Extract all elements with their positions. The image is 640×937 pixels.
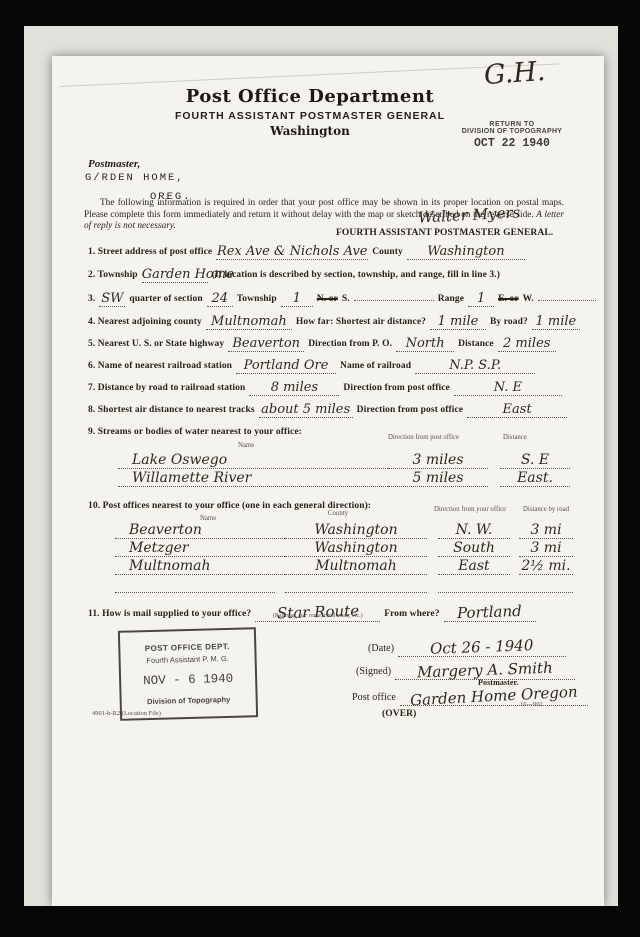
scanned-document: G.H. RETURN TO DIVISION OF TOPOGRAPHY OC…: [0, 0, 640, 937]
q8-label: 8. Shortest air distance to nearest trac…: [88, 405, 255, 415]
q5-label: 5. Nearest U. S. or State highway: [88, 339, 224, 349]
signed-label: (Signed): [356, 666, 391, 677]
q3-blank-s: [354, 300, 434, 301]
q4-label3: By road?: [490, 317, 528, 327]
received-stamp-date: NOV - 6 1940: [143, 672, 233, 688]
water-r2-direction: 5 miles: [388, 464, 488, 487]
q8-blank2: East: [467, 399, 567, 418]
q4-blank2: 1 mile: [430, 311, 486, 330]
field-q6: 6. Name of nearest railroad station Port…: [88, 355, 535, 374]
po-r4-county: [285, 570, 427, 593]
q3-township: 1: [293, 291, 301, 306]
q11-blank: Star Route (Railroad, star route, rural …: [255, 602, 380, 622]
q8-value2: East: [503, 402, 532, 417]
q3-struck-n: N. or: [317, 294, 338, 304]
water-header-distance: Distance: [503, 434, 527, 441]
q3-quarter: SW: [101, 291, 123, 306]
q8-label2: Direction from post office: [357, 405, 463, 415]
po-header-distance: Distance by road: [523, 506, 569, 513]
water-header-direction: Direction from post office: [388, 434, 459, 441]
q2-label: 2. Township: [88, 270, 138, 280]
q1-value: Rex Ave & Nichols Ave: [217, 244, 368, 259]
water-r2-distance: East.: [500, 464, 570, 487]
q3-struck-e: E. or: [498, 294, 519, 304]
q9-label: 9. Streams or bodies of water nearest to…: [88, 427, 302, 437]
return-stamp-date: OCT 22 1940: [448, 137, 576, 150]
q6-label: 6. Name of nearest railroad station: [88, 361, 232, 371]
q2-blank: Garden Home: [142, 264, 208, 283]
department-title: Post Office Department: [110, 86, 510, 107]
q3-section-blank: 24: [207, 288, 233, 307]
field-q11: 11. How is mail supplied to your office?…: [88, 602, 536, 622]
date-value: Oct 26 - 1940: [430, 636, 534, 658]
approver-title: FOURTH ASSISTANT POSTMASTER GENERAL.: [336, 228, 553, 238]
q3-label3: S.: [342, 294, 350, 304]
q11-label2: From where?: [384, 609, 439, 619]
field-q4: 4. Nearest adjoining county Multnomah Ho…: [88, 311, 580, 330]
q5-label2: Direction from P. O.: [308, 339, 392, 349]
q2-value: Garden Home: [142, 267, 234, 282]
addressee-salutation: Postmaster,: [88, 158, 140, 170]
q1-label2: County: [372, 247, 403, 257]
post-office-row: Post office Garden Home Oregon: [352, 686, 588, 706]
received-stamp-line1: POST OFFICE DEPT.: [145, 642, 230, 653]
q1-label: 1. Street address of post office: [88, 247, 212, 257]
field-q1: 1. Street address of post office Rex Ave…: [88, 241, 525, 260]
received-stamp: POST OFFICE DEPT. Fourth Assistant P. M.…: [118, 627, 258, 721]
q11-value2: Portland: [457, 602, 522, 622]
q5-value3: 2 miles: [503, 336, 550, 351]
q7-blank2: N. E: [454, 377, 562, 396]
date-row: (Date) Oct 26 - 1940: [368, 637, 566, 657]
q3-label4: Range: [438, 294, 464, 304]
field-q2: 2. Township Garden Home (If location is …: [88, 264, 500, 283]
q3-label2: Township: [237, 294, 277, 304]
po-header-direction: Direction from your office: [434, 506, 506, 513]
water-r2-direction-value: 5 miles: [412, 470, 463, 486]
q7-value: 8 miles: [271, 380, 318, 395]
q3-township-blank: 1: [281, 288, 313, 307]
field-q7: 7. Distance by road to railroad station …: [88, 377, 562, 396]
print-code: 16—902: [520, 701, 543, 708]
letterhead: Post Office Department FOURTH ASSISTANT …: [110, 86, 510, 138]
received-stamp-line3: Division of Topography: [147, 695, 230, 706]
page-left-edge: [46, 120, 47, 900]
field-q3: 3. SW quarter of section 24 Township 1 N…: [88, 288, 596, 307]
q6-value2: N.P. S.P.: [449, 358, 501, 373]
q3-label1: quarter of section: [129, 294, 202, 304]
date-label: (Date): [368, 643, 394, 654]
q4-value3: 1 mile: [535, 314, 576, 329]
q3-blank-w: [538, 300, 596, 301]
q3-label5: W.: [523, 294, 534, 304]
q6-label2: Name of railroad: [340, 361, 411, 371]
signed-blank: Margery A. Smith: [395, 660, 575, 680]
office-title: FOURTH ASSISTANT POSTMASTER GENERAL: [110, 110, 510, 122]
q8-blank: about 5 miles: [259, 399, 353, 418]
post-office-label: Post office: [352, 692, 396, 703]
q7-label2: Direction from post office: [343, 383, 449, 393]
q3-range: 1: [477, 291, 485, 306]
q8-value: about 5 miles: [261, 402, 350, 417]
post-office-value: Garden Home Oregon: [410, 683, 578, 710]
q7-blank: 8 miles: [249, 377, 339, 396]
field-q8: 8. Shortest air distance to nearest trac…: [88, 399, 567, 418]
q5-value2: North: [406, 336, 445, 351]
q3-range-blank: 1: [468, 288, 494, 307]
q6-blank2: N.P. S.P.: [415, 355, 535, 374]
q4-value: Multnomah: [211, 314, 287, 329]
post-office-blank: Garden Home Oregon: [400, 686, 588, 706]
q4-blank3: 1 mile: [532, 311, 580, 330]
q3-num: 3.: [88, 294, 95, 304]
q1-blank: Rex Ave & Nichols Ave: [216, 241, 368, 260]
q11-label: 11. How is mail supplied to your office?: [88, 609, 251, 619]
q4-value2: 1 mile: [438, 314, 479, 329]
q11-sub: (Railroad, star route, rural route, etc.…: [255, 613, 380, 619]
q2-note: (If location is described by section, to…: [212, 270, 500, 280]
over-label: (OVER): [382, 709, 416, 719]
water-r2-name-value: Willamette River: [132, 470, 251, 486]
q7-label: 7. Distance by road to railroad station: [88, 383, 245, 393]
signed-row: (Signed) Margery A. Smith: [356, 660, 575, 680]
q5-blank3: 2 miles: [498, 333, 556, 352]
water-r2-name: Willamette River: [118, 464, 390, 487]
q11-value: Star Route: [276, 602, 359, 623]
q5-blank2: North: [396, 333, 454, 352]
water-r2-distance-value: East.: [517, 470, 553, 486]
q5-blank: Beaverton: [228, 333, 304, 352]
q6-blank: Portland Ore: [236, 355, 336, 374]
date-blank: Oct 26 - 1940: [398, 637, 566, 657]
received-stamp-line2: Fourth Assistant P. M. G.: [146, 654, 229, 665]
po-r4-name: [115, 570, 275, 593]
field-q5: 5. Nearest U. S. or State highway Beaver…: [88, 333, 556, 352]
po-r4-direction: [438, 570, 573, 593]
q1-value2: Washington: [427, 244, 504, 259]
q4-label: 4. Nearest adjoining county: [88, 317, 202, 327]
addressee-city: G/RDEN HOME,: [85, 172, 185, 184]
form-number: 4901-b-R2 (Location File): [92, 710, 161, 717]
q7-value2: N. E: [494, 380, 522, 395]
q4-label2: How far: Shortest air distance?: [296, 317, 426, 327]
q3-section: 24: [211, 291, 228, 306]
q4-blank: Multnomah: [206, 311, 292, 330]
q1-blank2: Washington: [407, 241, 525, 260]
q6-value: Portland Ore: [244, 358, 329, 373]
q5-value: Beaverton: [232, 336, 300, 351]
q11-blank2: Portland: [444, 602, 536, 622]
city-title: Washington: [110, 124, 510, 138]
q3-quarter-blank: SW: [99, 288, 125, 307]
q5-label3: Distance: [458, 339, 494, 349]
